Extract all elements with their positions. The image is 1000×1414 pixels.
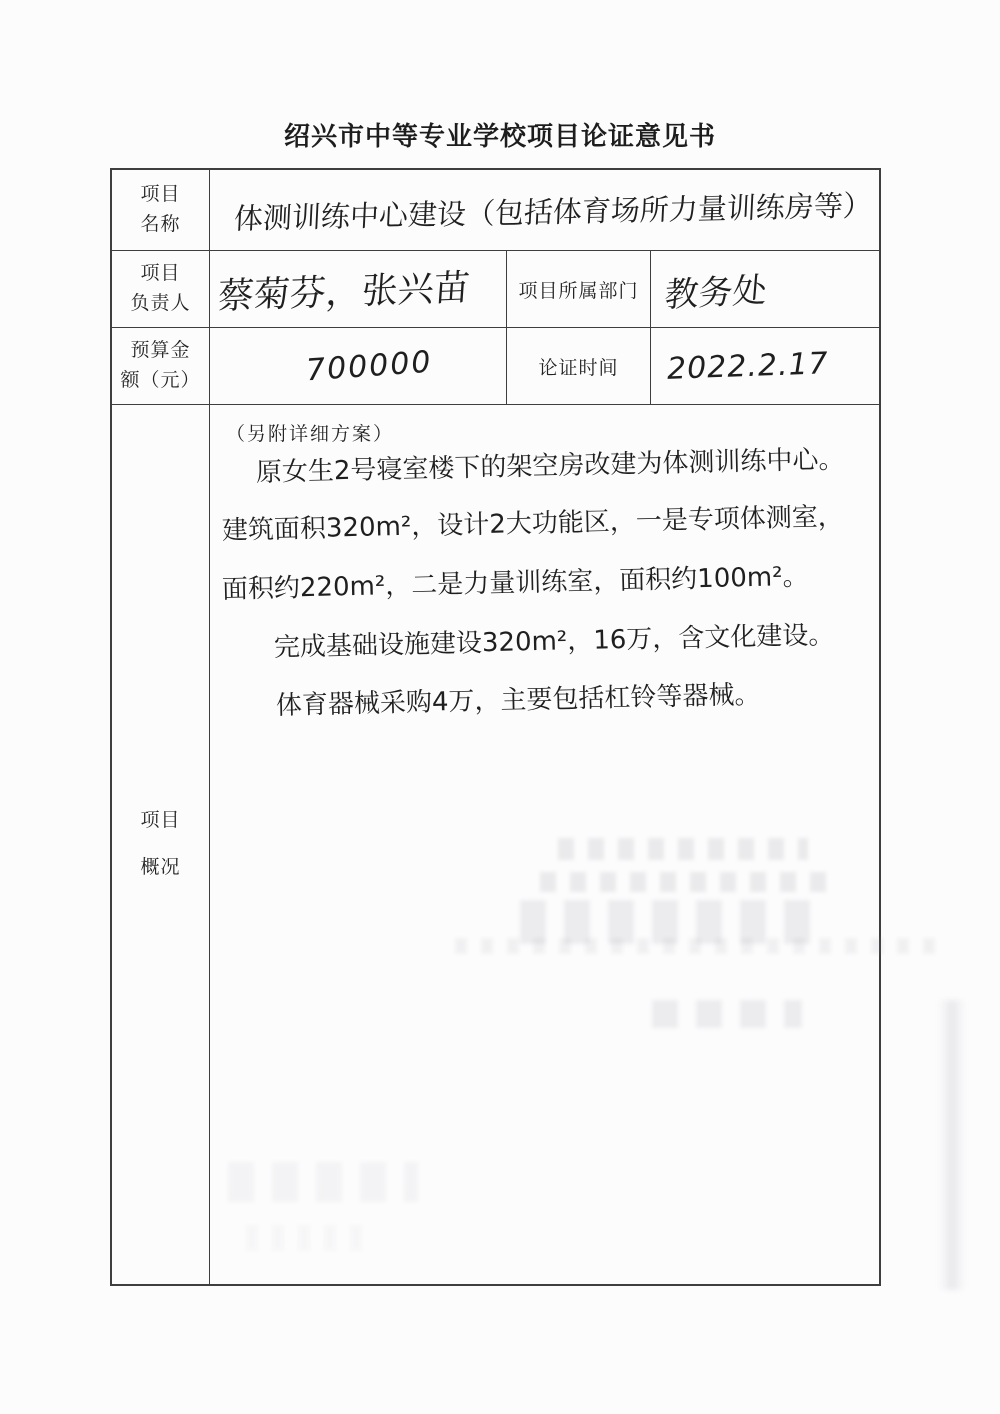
label-line: 项目 (140, 811, 180, 832)
overview-note: （另附详细方案） (226, 419, 394, 446)
department-handwriting: 教务处 (663, 262, 769, 317)
department-label: 项目所属部门 (507, 251, 651, 327)
budget-label: 预算金 额（元） (112, 328, 210, 404)
overview-content-cell: （另附详细方案） 原女生2号寝室楼下的架空房改建为体测训练中心。 建筑面积320… (210, 405, 879, 1284)
label-text: 项目所属部门 (518, 276, 638, 303)
row-project-name: 项目 名称 体测训练中心建设（包括体育场所力量训练房等） (112, 170, 879, 251)
label-text: 论证时间 (538, 353, 618, 380)
label-line: 名称 (140, 215, 180, 236)
document-title: 绍兴市中等专业学校项目论证意见书 (0, 116, 1000, 153)
overview-handwriting-line: 原女生2号寝室楼下的架空房改建为体测训练中心。 (256, 447, 845, 488)
row-leader-department: 项目 负责人 蔡菊芬，张兴苗 项目所属部门 教务处 (112, 251, 879, 328)
review-time-label: 论证时间 (507, 328, 651, 404)
label-line: 预算金 (130, 341, 190, 362)
project-name-label: 项目 名称 (112, 170, 210, 250)
label-line: 概况 (140, 858, 180, 879)
project-name-handwriting: 体测训练中心建设（包括体育场所力量训练房等） (233, 183, 873, 237)
label-line: 额（元） (120, 371, 200, 392)
label-line: 项目 (140, 185, 180, 206)
label-line: 负责人 (130, 294, 190, 315)
scanned-document-page: 绍兴市中等专业学校项目论证意见书 项目 名称 体测训练中心建设（包括体育场所力量… (0, 0, 1000, 1414)
overview-handwriting-line: 建筑面积320m²，设计2大功能区，一是专项体测室， (222, 504, 844, 545)
overview-handwriting-line: 面积约220m²，二是力量训练室，面积约100m²。 (222, 563, 809, 604)
row-budget-time: 预算金 额（元） 700000 论证时间 2022.2.17 (112, 328, 879, 405)
label-line: 项目 (140, 264, 180, 285)
overview-handwriting-line: 体育器械采购4万，主要包括杠铃等器械。 (276, 682, 761, 720)
row-overview: 项目 概况 （另附详细方案） 原女生2号寝室楼下的架空房改建为体测训练中心。 建… (112, 405, 879, 1284)
project-form-table: 项目 名称 体测训练中心建设（包括体育场所力量训练房等） 项目 负责人 蔡菊芬，… (110, 168, 881, 1286)
review-time-handwriting: 2022.2.17 (666, 346, 829, 387)
overview-handwriting-line: 完成基础设施建设320m²，16万，含文化建设。 (274, 622, 835, 662)
review-time-value-cell: 2022.2.17 (651, 328, 879, 404)
project-leader-value-cell: 蔡菊芬，张兴苗 (210, 251, 507, 327)
scan-streak-artifact (938, 1000, 966, 1290)
project-leader-label: 项目 负责人 (112, 251, 210, 327)
department-value-cell: 教务处 (651, 251, 879, 327)
project-name-value-cell: 体测训练中心建设（包括体育场所力量训练房等） (210, 170, 879, 250)
overview-label: 项目 概况 (112, 405, 210, 1284)
budget-handwriting: 700000 (305, 344, 434, 388)
project-leader-handwriting: 蔡菊芬，张兴苗 (216, 259, 471, 319)
budget-value-cell: 700000 (210, 328, 507, 404)
